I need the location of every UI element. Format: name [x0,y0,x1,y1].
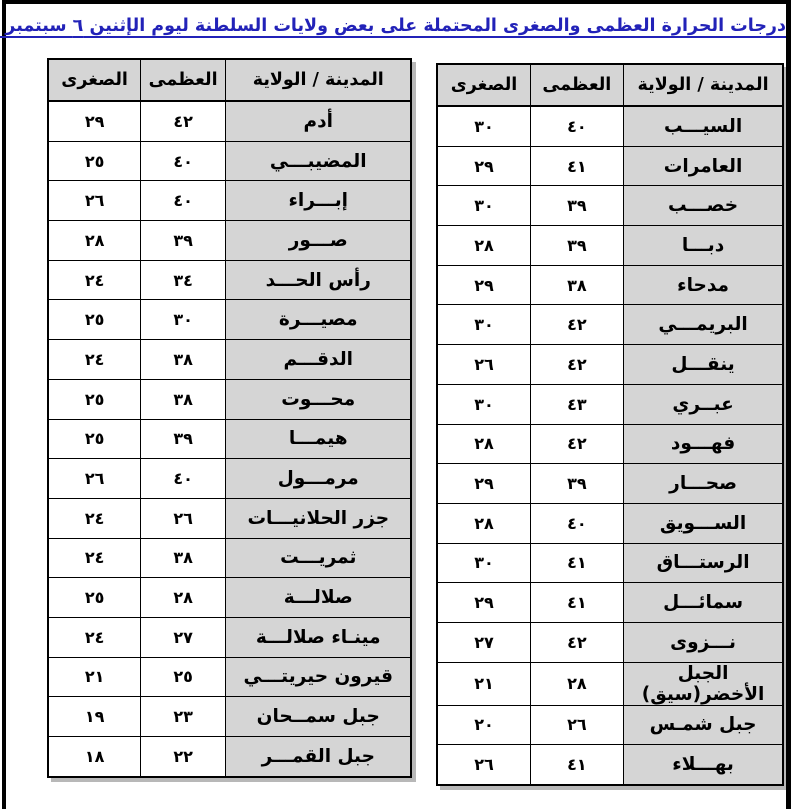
min-temp-cell: ٢١ [437,662,530,705]
min-temp-cell: ٢٨ [437,503,530,543]
min-temp-cell: ٢٥ [48,578,141,618]
table-row: مرمـــول٤٠٢٦ [48,459,411,499]
min-temp-cell: ٢٨ [437,424,530,464]
min-temp-cell: ٢٤ [48,340,141,380]
min-temp-cell: ٢٨ [437,226,530,266]
city-cell: الســـويق [624,503,783,543]
city-cell: قيرون حيريتـــي [226,657,412,697]
max-temp-cell: ٤٠ [530,503,624,543]
city-cell: مصيـــرة [226,300,412,340]
table-row: خصـــب٣٩٣٠ [437,186,783,226]
min-temp-cell: ٢٦ [437,745,530,785]
table-row: العامرات٤١٢٩ [437,146,783,186]
min-temp-cell: ٢٧ [437,622,530,662]
city-cell: خصـــب [624,186,783,226]
table-row: جبل سمــحان٢٣١٩ [48,697,411,737]
header-row: المدينة / الولاية العظمى الصغرى [437,64,783,106]
city-cell: بهـــلاء [624,745,783,785]
city-cell: السيـــب [624,106,783,146]
table-row: ثمريـــت٣٨٢٤ [48,538,411,578]
max-temp-cell: ٣٨ [141,379,226,419]
min-temp-cell: ٢٩ [437,583,530,623]
max-temp-cell: ٤٠ [141,459,226,499]
min-temp-cell: ٣٠ [437,384,530,424]
min-temp-cell: ٢٤ [48,538,141,578]
min-temp-cell: ٢٤ [48,498,141,538]
table-row: ينقـــل٤٢٢٦ [437,345,783,385]
table-row: جبل شمـس٢٦٢٠ [437,705,783,745]
table-row: المضيبـــي٤٠٢٥ [48,141,411,181]
table-row: مصيـــرة٣٠٢٥ [48,300,411,340]
city-cell: المضيبـــي [226,141,412,181]
min-temp-cell: ٢٥ [48,379,141,419]
min-temp-cell: ٢٤ [48,260,141,300]
city-cell: صحـــار [624,464,783,504]
table-row: هيمـــا٣٩٢٥ [48,419,411,459]
table-row: سمائـــل٤١٢٩ [437,583,783,623]
min-temp-cell: ٣٠ [437,106,530,146]
header-min-column: الصغرى [437,64,530,106]
table-row: أدم٤٢٢٩ [48,101,411,141]
max-temp-cell: ٣٩ [530,186,624,226]
table-row: الجبل الأخضر(سيق)٢٨٢١ [437,662,783,705]
header-city-column: المدينة / الولاية [226,59,412,101]
table-row: نـــزوى٤٢٢٧ [437,622,783,662]
table-row: مدحاء٣٨٢٩ [437,265,783,305]
table-row: دبـــا٣٩٢٨ [437,226,783,266]
table-row: فهـــود٤٢٢٨ [437,424,783,464]
max-temp-cell: ٣٨ [530,265,624,305]
table-row: جبل القمـــر٢٢١٨ [48,737,411,777]
city-cell: دبـــا [624,226,783,266]
min-temp-cell: ٢٠ [437,705,530,745]
header-max-column: العظمى [530,64,624,106]
max-temp-cell: ٣٩ [141,221,226,261]
city-cell: جزر الحلانيـــات [226,498,412,538]
table-row: الدقـــم٣٨٢٤ [48,340,411,380]
table-row: صـــور٣٩٢٨ [48,221,411,261]
max-temp-cell: ٣٩ [530,464,624,504]
max-temp-cell: ٣٩ [141,419,226,459]
min-temp-cell: ٢٥ [48,419,141,459]
city-cell: رأس الحـــد [226,260,412,300]
table-row: مينـاء صلالـــة٢٧٢٤ [48,617,411,657]
city-cell: سمائـــل [624,583,783,623]
tables-container: المدينة / الولاية العظمى الصغرى السيـــب… [6,36,786,786]
temperature-table-right: المدينة / الولاية العظمى الصغرى السيـــب… [436,63,784,786]
max-temp-cell: ٣٨ [141,340,226,380]
max-temp-cell: ٢٨ [530,662,624,705]
table-row: محـــوت٣٨٢٥ [48,379,411,419]
min-temp-cell: ٢٦ [48,181,141,221]
city-cell: فهـــود [624,424,783,464]
min-temp-cell: ٢٩ [437,146,530,186]
min-temp-cell: ٢٦ [48,459,141,499]
city-cell: العامرات [624,146,783,186]
city-cell: البريمـــي [624,305,783,345]
max-temp-cell: ٢٧ [141,617,226,657]
city-cell: جبل شمـس [624,705,783,745]
city-cell: ينقـــل [624,345,783,385]
city-cell: ثمريـــت [226,538,412,578]
min-temp-cell: ٣٠ [437,305,530,345]
header-max-column: العظمى [141,59,226,101]
max-temp-cell: ٣٨ [141,538,226,578]
max-temp-cell: ٢٦ [141,498,226,538]
page-frame: درجات الحرارة العظمى والصغرى المحتملة عل… [2,0,791,809]
max-temp-cell: ٢٥ [141,657,226,697]
min-temp-cell: ٢٦ [437,345,530,385]
max-temp-cell: ٣٩ [530,226,624,266]
table-row: قيرون حيريتـــي٢٥٢١ [48,657,411,697]
max-temp-cell: ٤٣ [530,384,624,424]
table-row: السيـــب٤٠٣٠ [437,106,783,146]
min-temp-cell: ٣٠ [437,543,530,583]
city-cell: الجبل الأخضر(سيق) [624,662,783,705]
table-row: صحـــار٣٩٢٩ [437,464,783,504]
city-cell: إبـــراء [226,181,412,221]
city-cell: مرمـــول [226,459,412,499]
city-cell: أدم [226,101,412,141]
header-city-column: المدينة / الولاية [624,64,783,106]
city-cell: هيمـــا [226,419,412,459]
city-cell: صـــور [226,221,412,261]
max-temp-cell: ٣٤ [141,260,226,300]
min-temp-cell: ١٩ [48,697,141,737]
max-temp-cell: ٤٠ [141,181,226,221]
max-temp-cell: ٤١ [530,146,624,186]
table-row: عبــري٤٣٣٠ [437,384,783,424]
min-temp-cell: ٢٨ [48,221,141,261]
max-temp-cell: ٤١ [530,543,624,583]
document-title: درجات الحرارة العظمى والصغرى المحتملة عل… [6,16,786,36]
city-cell: صلالـــة [226,578,412,618]
header-row: المدينة / الولاية العظمى الصغرى [48,59,411,101]
min-temp-cell: ٢١ [48,657,141,697]
min-temp-cell: ٢٩ [48,101,141,141]
max-temp-cell: ٢٣ [141,697,226,737]
table-row: صلالـــة٢٨٢٥ [48,578,411,618]
max-temp-cell: ٤٢ [530,345,624,385]
max-temp-cell: ٢٢ [141,737,226,777]
min-temp-cell: ٢٥ [48,141,141,181]
city-cell: الدقـــم [226,340,412,380]
max-temp-cell: ٤٠ [141,141,226,181]
city-cell: جبل القمـــر [226,737,412,777]
city-cell: محـــوت [226,379,412,419]
min-temp-cell: ٣٠ [437,186,530,226]
max-temp-cell: ٤٢ [141,101,226,141]
min-temp-cell: ١٨ [48,737,141,777]
min-temp-cell: ٢٤ [48,617,141,657]
min-temp-cell: ٢٩ [437,265,530,305]
max-temp-cell: ٤١ [530,583,624,623]
city-cell: نـــزوى [624,622,783,662]
city-cell: مدحاء [624,265,783,305]
header-min-column: الصغرى [48,59,141,101]
min-temp-cell: ٢٥ [48,300,141,340]
max-temp-cell: ٢٦ [530,705,624,745]
table-row: جزر الحلانيـــات٢٦٢٤ [48,498,411,538]
table-row: إبـــراء٤٠٢٦ [48,181,411,221]
table-row: البريمـــي٤٢٣٠ [437,305,783,345]
max-temp-cell: ٤١ [530,745,624,785]
city-cell: الرستـــاق [624,543,783,583]
max-temp-cell: ٢٨ [141,578,226,618]
table-row: رأس الحـــد٣٤٢٤ [48,260,411,300]
city-cell: مينـاء صلالـــة [226,617,412,657]
max-temp-cell: ٤٠ [530,106,624,146]
max-temp-cell: ٤٢ [530,424,624,464]
max-temp-cell: ٤٢ [530,305,624,345]
max-temp-cell: ٣٠ [141,300,226,340]
table-row: الرستـــاق٤١٣٠ [437,543,783,583]
city-cell: جبل سمــحان [226,697,412,737]
table-row: بهـــلاء٤١٢٦ [437,745,783,785]
min-temp-cell: ٢٩ [437,464,530,504]
city-cell: عبــري [624,384,783,424]
table-row: الســـويق٤٠٢٨ [437,503,783,543]
max-temp-cell: ٤٢ [530,622,624,662]
temperature-table-left: المدينة / الولاية العظمى الصغرى أدم٤٢٢٩ا… [47,58,412,778]
